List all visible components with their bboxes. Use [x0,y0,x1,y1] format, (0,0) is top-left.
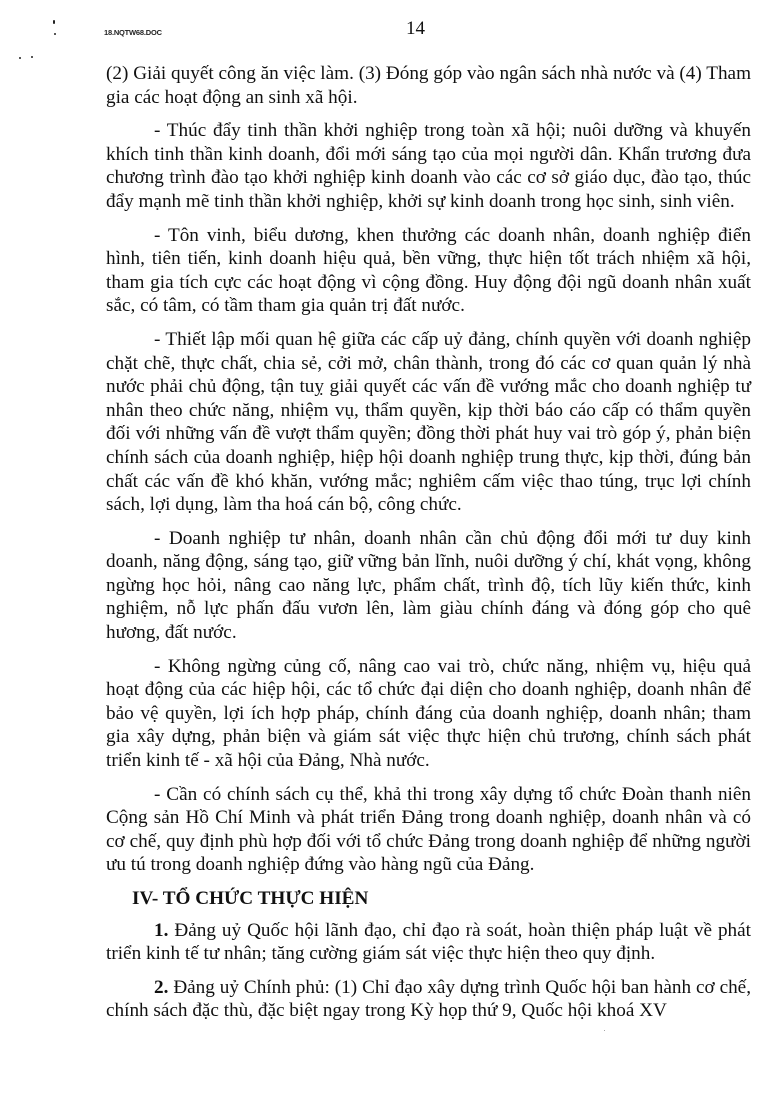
paragraph-continuation: (2) Giải quyết công ăn việc làm. (3) Đón… [106,62,751,109]
item-number: 1. [154,920,168,941]
document-file-name: 18.NQTW68.DOC [104,28,162,37]
paragraph-entrepreneurship: - Thúc đẩy tinh thần khởi nghiệp trong t… [106,119,751,213]
paragraph-honoring-entrepreneurs: - Tôn vinh, biểu dương, khen thưởng các … [106,224,751,318]
section-heading: IV- TỔ CHỨC THỰC HIỆN [106,887,751,911]
item-number: 2. [154,977,168,998]
implementation-item-1: 1. Đảng uỷ Quốc hội lãnh đạo, chỉ đạo rà… [106,919,751,966]
scan-speck [19,57,21,59]
document-page: 18.NQTW68.DOC 14 (2) Giải quyết công ăn … [0,0,777,1100]
page-number: 14 [406,18,425,40]
paragraph-party-business-relations: - Thiết lập mối quan hệ giữa các cấp uỷ … [106,328,751,517]
paragraph-private-enterprises: - Doanh nghiệp tư nhân, doanh nhân cần c… [106,527,751,645]
implementation-item-2: 2. Đảng uỷ Chính phủ: (1) Chỉ đạo xây dự… [106,976,751,1023]
item-text: Đảng uỷ Chính phủ: (1) Chỉ đạo xây dựng … [106,977,751,1022]
scan-speck [31,56,33,58]
scan-speck [53,20,55,24]
item-text: Đảng uỷ Quốc hội lãnh đạo, chỉ đạo rà so… [106,920,751,965]
scan-speck [54,33,56,35]
document-body: (2) Giải quyết công ăn việc làm. (3) Đón… [106,62,751,1033]
paragraph-youth-union: - Cần có chính sách cụ thể, khả thi tron… [106,783,751,877]
paragraph-associations: - Không ngừng củng cố, nâng cao vai trò,… [106,655,751,773]
scan-speck [604,1030,605,1031]
